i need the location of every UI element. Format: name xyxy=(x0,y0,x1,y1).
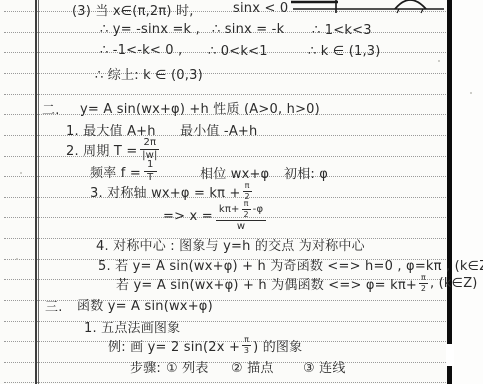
fraction-numerator: π xyxy=(243,182,252,192)
margin-line xyxy=(38,0,39,384)
deduction-k-unit: ∴ 0<k<1 xyxy=(208,44,268,59)
fraction-denominator: w xyxy=(237,221,245,232)
sine-sketch-icon xyxy=(288,0,448,16)
case3-domain: (3) 当 x∈(π,2π) 时, xyxy=(72,0,194,19)
numerator-pre: kπ+ xyxy=(219,205,240,215)
symmetry-axis-line: 3. 对称轴 wx+φ = kπ + π 2 xyxy=(90,182,254,201)
fraction-numerator: π xyxy=(242,336,251,346)
even-function-post: , (k∈Z) xyxy=(430,276,478,291)
period-line: 2. 周期 T = 2π |w| xyxy=(66,138,162,161)
section2-title: y= A sin(wx+φ) +h 性质 (A>0, h>0) xyxy=(80,98,320,117)
phase-note: 相位 wx+φ xyxy=(200,163,269,182)
ruled-line xyxy=(4,94,446,95)
frequency-fraction: 1 T xyxy=(144,160,157,183)
ruled-line xyxy=(4,300,446,301)
example-pre: 例: 画 y= 2 sin(2x + xyxy=(108,336,240,355)
third-pi-fraction: π 3 xyxy=(242,336,251,355)
deduction-y-eq: ∴ y= -sinx =k , xyxy=(100,22,200,37)
frequency-line: 频率 f = 1 T xyxy=(90,160,160,183)
deduction-neg-k: ∴ -1<-k< 0 , xyxy=(100,43,182,58)
max-value-line: 1. 最大值 A+h xyxy=(66,120,156,139)
example-post: ) 的图象 xyxy=(253,336,302,355)
step-3: ③ 连线 xyxy=(303,357,346,376)
half-pi-fraction: π 2 xyxy=(419,274,428,293)
paper-edge-line xyxy=(447,0,452,384)
fraction-numerator: 1 xyxy=(144,160,157,172)
fraction-numerator: π xyxy=(419,274,428,284)
example-line: 例: 画 y= 2 sin(2x + π 3 ) 的图象 xyxy=(108,336,302,355)
deduction-sinx-eq: ∴ sinx = -k xyxy=(212,22,284,37)
deduction-k-range-1: ∴ 1<k<3 xyxy=(312,23,372,38)
section3-number: 三. xyxy=(45,296,63,315)
initial-phase-note: 初相: φ xyxy=(284,163,328,182)
notebook-page: (3) 当 x∈(π,2π) 时, sinx < 0 ∴ y= -sinx =k… xyxy=(0,0,483,384)
even-function-pre: 若 y= A sin(wx+φ) + h 为偶函数 <=> φ= kπ+ xyxy=(116,274,417,293)
fraction-numerator: π xyxy=(242,200,251,210)
even-function-line: 若 y= A sin(wx+φ) + h 为偶函数 <=> φ= kπ+ π 2… xyxy=(116,274,478,293)
photo-white-strip xyxy=(452,0,483,384)
conclusion-k-range: ∴ 综上: k ∈ (0,3) xyxy=(95,64,203,83)
ruled-line xyxy=(4,382,446,383)
margin-line xyxy=(35,0,37,384)
deduction-k-range-2: ∴ k ∈ (1,3) xyxy=(308,44,381,59)
frequency-label: 频率 f = xyxy=(90,162,141,181)
period-label: 2. 周期 T = xyxy=(66,140,137,159)
dust-speck xyxy=(470,92,472,94)
period-fraction: 2π |w| xyxy=(140,138,159,161)
section3-title: 函数 y= A sin(wx+φ) xyxy=(77,295,213,314)
dust-speck xyxy=(16,258,18,260)
nested-half-pi-fraction: π 2 xyxy=(242,200,251,219)
ruled-line xyxy=(4,362,446,363)
ruled-line xyxy=(4,73,446,74)
dust-speck xyxy=(20,172,22,174)
paper-edge-notch xyxy=(446,344,454,366)
case3-sign: sinx < 0 xyxy=(233,1,288,16)
symmetry-axis-solution: => x = kπ+ π 2 -φ w xyxy=(163,200,269,232)
step-1: ① 列表 xyxy=(166,357,209,376)
fraction-denominator: 2 xyxy=(421,284,426,293)
fraction-denominator: 3 xyxy=(244,346,249,355)
implies-x-equals: => x = xyxy=(163,209,213,224)
min-value-note: 最小值 -A+h xyxy=(180,120,257,139)
symmetry-axis-label: 3. 对称轴 wx+φ = kπ + xyxy=(90,182,241,201)
fraction-numerator: 2π xyxy=(140,138,159,150)
steps-label: 步骤: xyxy=(130,357,161,376)
dust-speck xyxy=(438,60,440,62)
odd-function-line: 5. 若 y= A sin(wx+φ) + h 为奇函数 <=> h=0 , φ… xyxy=(98,255,483,274)
fraction-numerator: kπ+ π 2 -φ xyxy=(216,200,266,221)
numerator-post: -φ xyxy=(253,205,264,215)
solution-fraction: kπ+ π 2 -φ w xyxy=(216,200,266,232)
step-2: ② 描点 xyxy=(231,357,274,376)
fraction-denominator: 2 xyxy=(244,210,249,219)
symmetry-center-line: 4. 对称中心 : 图象与 y=h 的交点 为对称中心 xyxy=(96,235,365,254)
ruled-line xyxy=(4,321,446,322)
section2-number: 二. xyxy=(42,99,60,118)
five-point-method-line: 1. 五点法画图象 xyxy=(84,317,180,336)
